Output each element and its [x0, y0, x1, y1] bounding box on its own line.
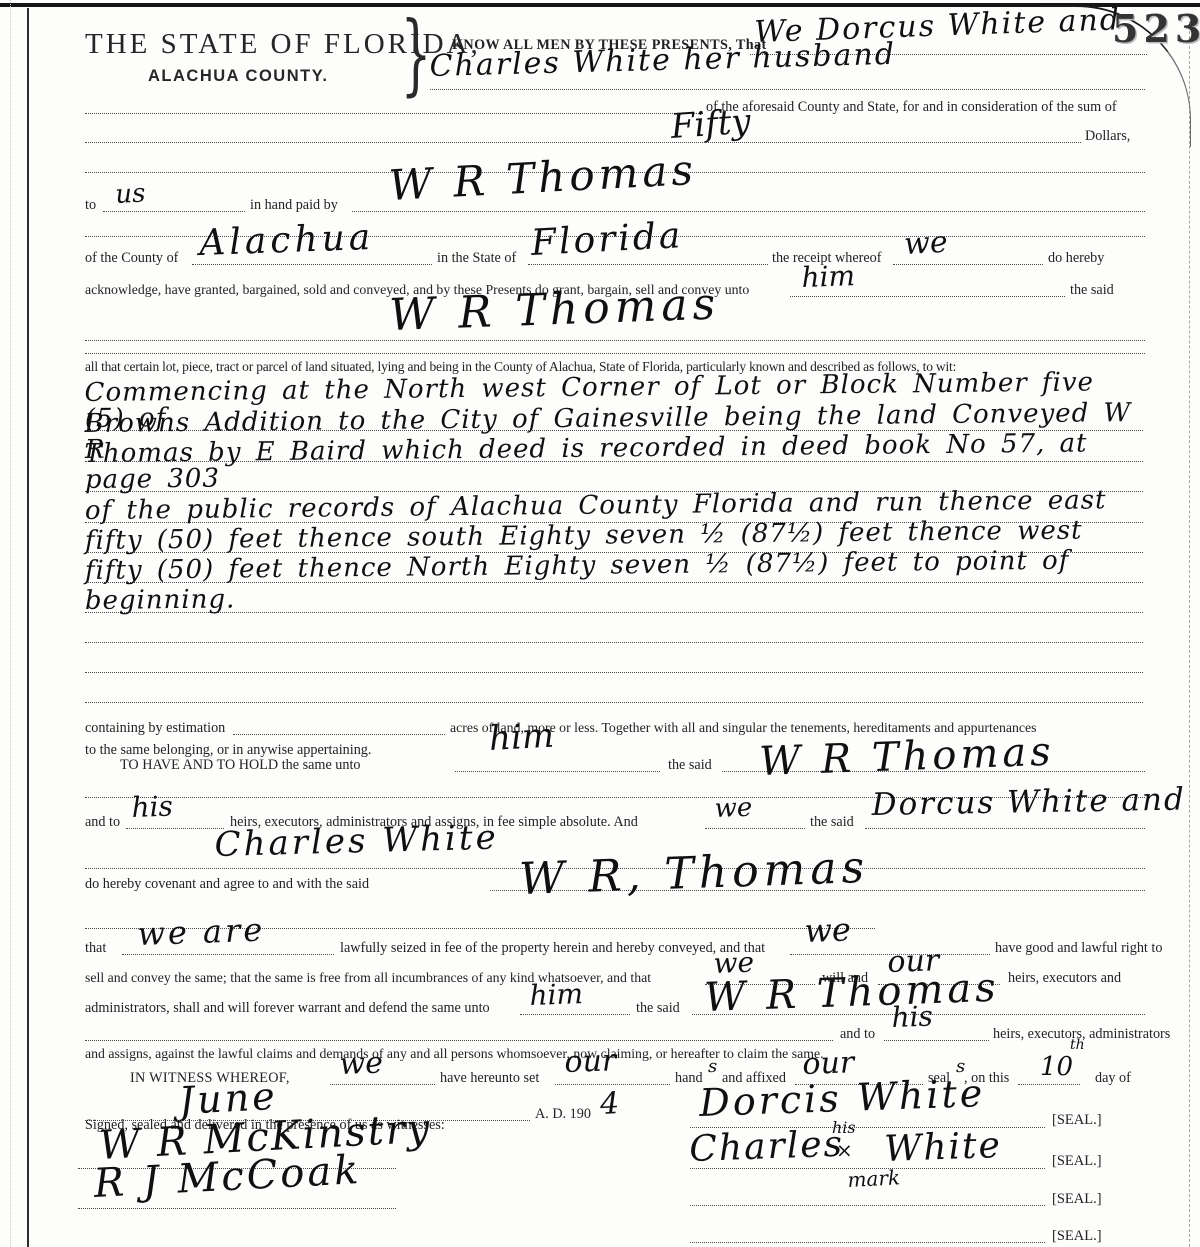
- and-to-label: and to: [840, 1026, 875, 1043]
- we-handwritten: we: [339, 1049, 383, 1080]
- description-line-text: fifty (50) feet thence North Eighty seve…: [85, 548, 1070, 584]
- dotted-rule: [103, 211, 245, 212]
- dotted-rule: [790, 296, 1065, 297]
- to-value-handwritten: us: [115, 180, 146, 208]
- dotted-rule: [893, 264, 1043, 265]
- containing-label: containing by estimation: [85, 720, 225, 737]
- his-mark-label: his: [832, 1120, 856, 1136]
- grantee-handwritten: W R Thomas: [388, 282, 720, 338]
- dotted-rule: [884, 1040, 989, 1041]
- plural-s-handwritten: s: [708, 1058, 717, 1076]
- deed-page: 523 THE STATE OF FLORIDA, ALACHUA COUNTY…: [0, 0, 1200, 1247]
- him-handwritten: him: [529, 980, 583, 1010]
- amount-handwritten: Fifty: [670, 105, 752, 144]
- dotted-rule: [85, 353, 1145, 354]
- dotted-rule: [690, 1205, 1045, 1206]
- covenant-text: do hereby covenant and agree to and with…: [85, 876, 369, 893]
- dotted-rule: [85, 672, 1143, 673]
- dotted-rule: [690, 1168, 1045, 1169]
- year-handwritten: 4: [599, 1089, 620, 1120]
- grantee-handwritten: W R Thomas: [704, 968, 1001, 1018]
- and-to-label: and to: [85, 814, 120, 831]
- dotted-rule: [330, 1084, 435, 1085]
- dotted-rule: [555, 1084, 670, 1085]
- grantor-signature-last: White: [884, 1128, 1003, 1168]
- dotted-rule: [352, 211, 1145, 212]
- ad-label: A. D. 190: [535, 1106, 591, 1123]
- description-line-text: beginning.: [85, 586, 236, 614]
- day-suffix-handwritten: th: [1070, 1038, 1085, 1052]
- grantee-handwritten: W R, Thomas: [518, 846, 869, 902]
- dotted-rule: [528, 264, 768, 265]
- description-line-text: Thomas by E Baird which deed is recorded…: [84, 430, 1142, 493]
- day-number-handwritten: 10: [1040, 1054, 1073, 1080]
- do-hereby-label: do hereby: [1048, 250, 1104, 267]
- dotted-rule: [126, 828, 224, 829]
- his-handwritten: his: [131, 793, 173, 822]
- right-tail-text: have good and lawful right to: [995, 940, 1162, 957]
- the-said-label: the said: [636, 1000, 680, 1017]
- dotted-rule: [233, 734, 445, 735]
- left-binding-line: [27, 8, 29, 1247]
- seal-label: [SEAL.]: [1052, 1153, 1102, 1170]
- grantors-handwritten: Dorcus White and: [871, 785, 1186, 821]
- hold-unto-handwritten: him: [488, 719, 555, 756]
- witness-signature: R J McCoak: [93, 1150, 362, 1204]
- in-state-label: in the State of: [437, 250, 516, 267]
- grantors-cont-handwritten: Charles White: [214, 821, 499, 862]
- the-said-label: the said: [810, 814, 854, 831]
- of-county-label: of the County of: [85, 250, 178, 267]
- grantor-signature-first: Charles: [689, 1127, 845, 1168]
- receipt-value-handwritten: we: [903, 228, 948, 260]
- seized-text: lawfully seized in fee of the property h…: [340, 940, 765, 957]
- header-brace: }: [401, 10, 432, 98]
- dotted-rule: [85, 142, 1081, 143]
- dotted-rule: [85, 340, 1145, 341]
- county-handwritten: Alachua: [199, 220, 375, 262]
- dotted-rule: [455, 771, 660, 772]
- dotted-rule: [865, 828, 1145, 829]
- seal-label: [SEAL.]: [1052, 1191, 1102, 1208]
- hereunto-set-label: have hereunto set: [440, 1070, 539, 1087]
- grantee-handwritten: W R Thomas: [759, 732, 1056, 782]
- consideration-intro: of the aforesaid County and State, for a…: [706, 99, 1117, 116]
- dotted-rule: [192, 264, 432, 265]
- x-mark: ×: [836, 1140, 853, 1160]
- dotted-rule: [520, 1014, 630, 1015]
- the-said-label: the said: [668, 757, 712, 774]
- county-title: ALACHUA COUNTY.: [148, 67, 328, 86]
- dotted-rule: [690, 1242, 1045, 1243]
- left-faint-dotted-edge: [10, 0, 11, 1247]
- payer-handwritten: W R Thomas: [388, 149, 698, 207]
- the-said-label: the said: [1070, 282, 1114, 299]
- seal-label: [SEAL.]: [1052, 1112, 1102, 1129]
- dotted-rule: [1018, 1084, 1080, 1085]
- seal-label: [SEAL.]: [1052, 1228, 1102, 1245]
- dotted-rule: [85, 702, 1143, 703]
- page-number: 523: [1112, 6, 1200, 51]
- dotted-rule: [705, 828, 805, 829]
- dotted-rule: [122, 954, 334, 955]
- right-dashed-edge: [1189, 16, 1190, 1247]
- his-handwritten: his: [891, 1003, 933, 1032]
- dotted-rule: [430, 89, 1145, 90]
- dotted-rule: [85, 113, 703, 114]
- dotted-rule: [85, 1040, 833, 1041]
- to-label: to: [85, 197, 96, 214]
- day-of-label: day of: [1095, 1070, 1131, 1087]
- that-label: that: [85, 940, 106, 957]
- description-line: fifty (50) feet thence North Eighty seve…: [85, 552, 1143, 583]
- dollars-label: Dollars,: [1085, 128, 1130, 145]
- dotted-rule: [78, 1208, 396, 1209]
- grantor-signature: Dorcis White: [699, 1074, 986, 1122]
- we-are-handwritten: we are: [137, 914, 266, 950]
- state-handwritten: Florida: [530, 218, 684, 262]
- warrant-text: administrators, shall and will forever w…: [85, 1000, 490, 1017]
- dotted-rule: [85, 642, 1143, 643]
- heirs-tail-text: heirs, executors and: [1008, 970, 1121, 987]
- in-hand-label: in hand paid by: [250, 197, 338, 214]
- our-handwritten: our: [564, 1046, 617, 1078]
- unto-value-handwritten: him: [801, 262, 855, 292]
- description-line: beginning.: [85, 582, 1143, 613]
- we-handwritten: we: [714, 795, 753, 822]
- mark-label: mark: [847, 1167, 901, 1190]
- we-handwritten: we: [804, 913, 851, 947]
- to-have-label: TO HAVE AND TO HOLD the same unto: [120, 757, 361, 774]
